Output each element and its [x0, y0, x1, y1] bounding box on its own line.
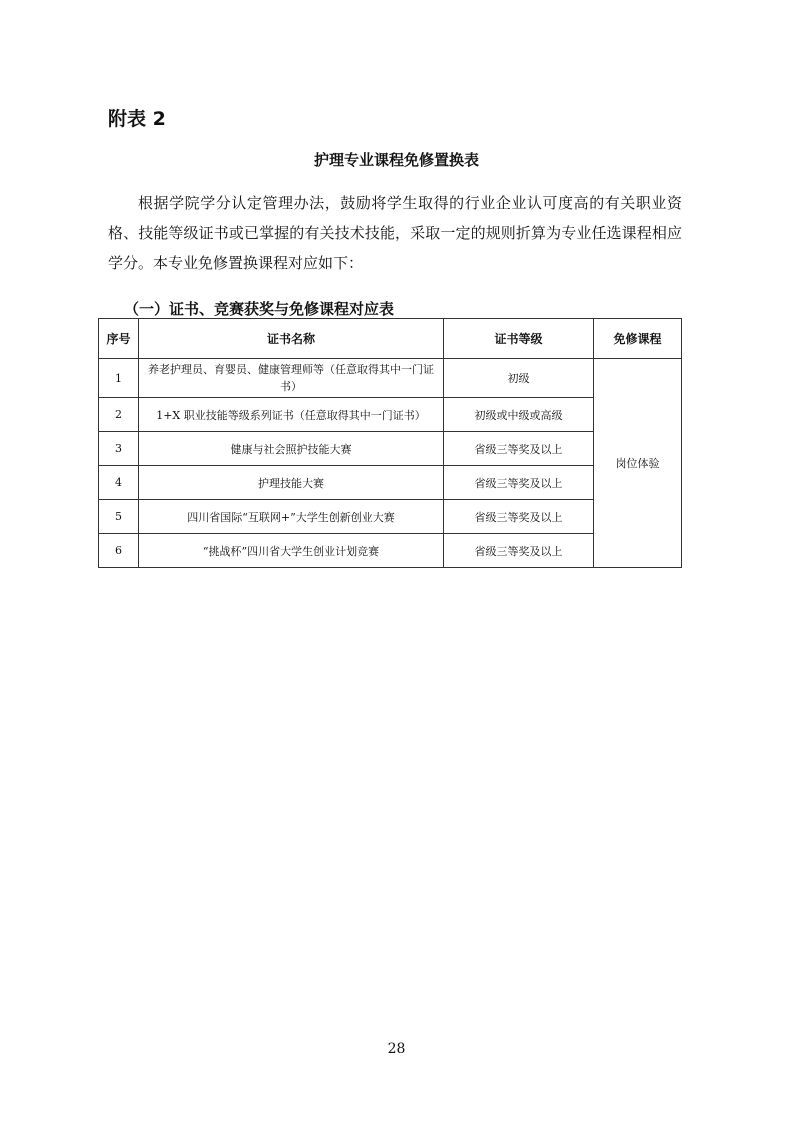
row-no: 6	[99, 534, 139, 568]
table-row: 1 养老护理员、育婴员、健康管理师等（任意取得其中一门证书） 初级 岗位体验	[99, 359, 682, 398]
row-no: 5	[99, 500, 139, 534]
row-certificate-level: 省级三等奖及以上	[444, 432, 594, 466]
row-certificate-name: 四川省国际“互联网+”大学生创新创业大赛	[139, 500, 444, 534]
header-certificate-name: 证书名称	[139, 319, 444, 359]
page-number: 28	[0, 1041, 793, 1057]
appendix-label: 附表 2	[108, 104, 166, 131]
intro-paragraph: 根据学院学分认定管理办法，鼓励将学生取得的行业企业认可度高的有关职业资格、技能等…	[108, 188, 682, 278]
row-certificate-level: 省级三等奖及以上	[444, 466, 594, 500]
row-certificate-level: 省级三等奖及以上	[444, 534, 594, 568]
row-certificate-name: 护理技能大赛	[139, 466, 444, 500]
header-exempt-course: 免修课程	[594, 319, 682, 359]
row-certificate-level: 初级或中级或高级	[444, 398, 594, 432]
row-certificate-name: “挑战杯”四川省大学生创业计划竞赛	[139, 534, 444, 568]
row-certificate-level: 初级	[444, 359, 594, 398]
row-no: 1	[99, 359, 139, 398]
section-title: （一）证书、竞赛获奖与免修课程对应表	[124, 298, 394, 319]
exempt-course-cell: 岗位体验	[594, 359, 682, 568]
row-certificate-name: 养老护理员、育婴员、健康管理师等（任意取得其中一门证书）	[139, 359, 444, 398]
table-header-row: 序号 证书名称 证书等级 免修课程	[99, 319, 682, 359]
row-no: 3	[99, 432, 139, 466]
document-title: 护理专业课程免修置换表	[0, 149, 793, 170]
header-no: 序号	[99, 319, 139, 359]
row-certificate-name: 健康与社会照护技能大赛	[139, 432, 444, 466]
row-certificate-level: 省级三等奖及以上	[444, 500, 594, 534]
row-certificate-name: 1+X 职业技能等级系列证书（任意取得其中一门证书）	[139, 398, 444, 432]
certificate-exemption-table: 序号 证书名称 证书等级 免修课程 1 养老护理员、育婴员、健康管理师等（任意取…	[98, 318, 682, 568]
row-no: 4	[99, 466, 139, 500]
header-certificate-level: 证书等级	[444, 319, 594, 359]
row-no: 2	[99, 398, 139, 432]
